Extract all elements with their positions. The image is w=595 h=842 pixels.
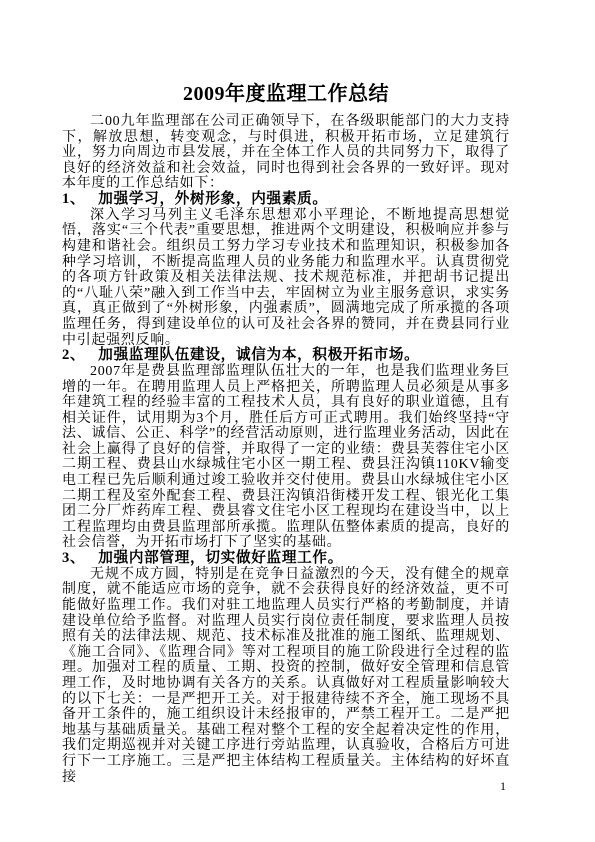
section-1-heading-text: 加强学习，外树形象，内强素质。: [98, 191, 327, 207]
document-page: 2009年度监理工作总结 二00九年监理部在公司正确领导下，在各级职能部门的大力…: [0, 0, 595, 842]
section-3-body: 无规不成方圆，特别是在竞争日益激烈的今天，没有健全的规章制度，就不能适应市场的竞…: [62, 567, 510, 785]
section-3-heading: 3、加强内部管理，切实做好监理工作。: [62, 551, 510, 567]
section-2-body: 2007年是费县监理部监理队伍壮大的一年，也是我们监理业务巨增的一年。在聘用监理…: [62, 364, 510, 551]
section-3-number: 3、: [62, 551, 85, 567]
page-number: 1: [500, 779, 506, 793]
section-2-heading-text: 加强监理队伍建设，诚信为本，积极开拓市场。: [98, 347, 419, 363]
section-2-heading: 2、加强监理队伍建设，诚信为本，积极开拓市场。: [62, 348, 510, 364]
section-1-body: 深入学习马列主义毛泽东思想邓小平理论，不断地提高思想觉悟，落实“三个代表”重要思…: [62, 208, 510, 348]
document-title: 2009年度监理工作总结: [62, 83, 510, 105]
section-2-number: 2、: [62, 348, 85, 364]
section-1-heading: 1、加强学习，外树形象，内强素质。: [62, 192, 510, 208]
section-1-number: 1、: [62, 192, 85, 208]
section-3-heading-text: 加强内部管理，切实做好监理工作。: [98, 550, 343, 566]
intro-paragraph: 二00九年监理部在公司正确领导下，在各级职能部门的大力支持下，解放思想，转变观念…: [62, 114, 510, 192]
